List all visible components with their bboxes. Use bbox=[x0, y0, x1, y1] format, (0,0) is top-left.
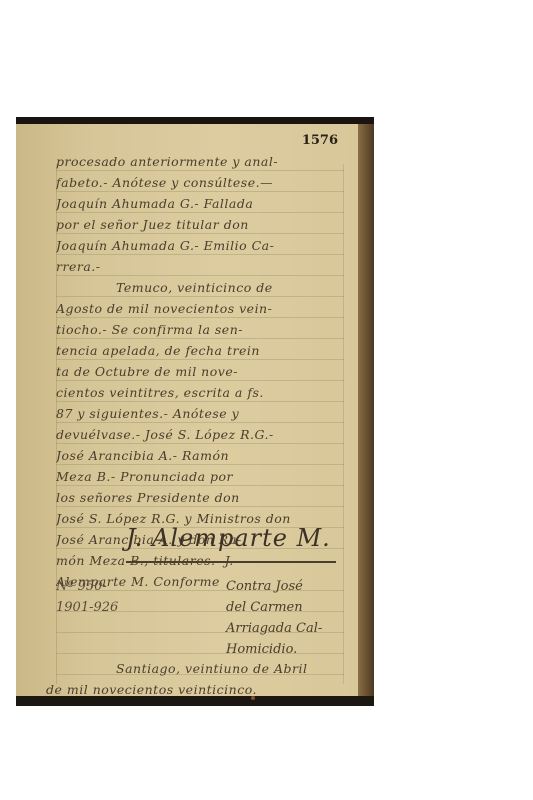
body-line: món Meza B., titulares.- J. bbox=[56, 553, 346, 573]
body-line: procesado anteriormente y anal- bbox=[56, 154, 346, 174]
body-line: tencia apelada, de fecha trein bbox=[56, 343, 346, 363]
body-line: rrera.- bbox=[56, 259, 346, 279]
scan-bottom-border bbox=[16, 696, 374, 706]
body-line: José S. López R.G. y Ministros don bbox=[56, 511, 346, 531]
ruled-line bbox=[56, 611, 344, 612]
ledger-page: 1576 procesado anteriormente y anal- fab… bbox=[16, 124, 358, 696]
body-line: fabeto.- Anótese y consúltese.— bbox=[56, 175, 346, 195]
body-line: tiocho.- Se confirma la sen- bbox=[56, 322, 346, 342]
body-line: 87 y siguientes.- Anótese y bbox=[56, 406, 346, 426]
body-line: Joaquín Ahumada G.- Emilio Ca- bbox=[56, 238, 346, 258]
page-edge-shadow bbox=[358, 124, 374, 696]
body-line: José Arancibia A.- Ramón bbox=[56, 448, 346, 468]
ruled-line bbox=[56, 653, 344, 654]
body-line: cientos veintitres, escrita a fs. bbox=[56, 385, 346, 405]
body-line: ta de Octubre de mil nove- bbox=[56, 364, 346, 384]
scanned-page-frame: 1576 procesado anteriormente y anal- fab… bbox=[16, 117, 374, 706]
body-line: devuélvase.- José S. López R.G.- bbox=[56, 427, 346, 447]
body-line: Meza B.- Pronunciada por bbox=[56, 469, 346, 489]
body-line: los señores Presidente don bbox=[56, 490, 346, 510]
body-line: Joaquín Ahumada G.- Fallada bbox=[56, 196, 346, 216]
body-line: Temuco, veinticinco de bbox=[56, 280, 346, 300]
ruled-line bbox=[56, 674, 344, 675]
body-line: José Arancibia A. y don Ra- bbox=[56, 532, 346, 552]
folio-number: 1576 bbox=[302, 133, 338, 148]
body-line: Alemparte M. Conforme bbox=[56, 574, 346, 594]
body-line: por el señor Juez titular don bbox=[56, 217, 346, 237]
body-line: Agosto de mil novecientos vein- bbox=[56, 301, 346, 321]
ruled-line bbox=[56, 632, 344, 633]
